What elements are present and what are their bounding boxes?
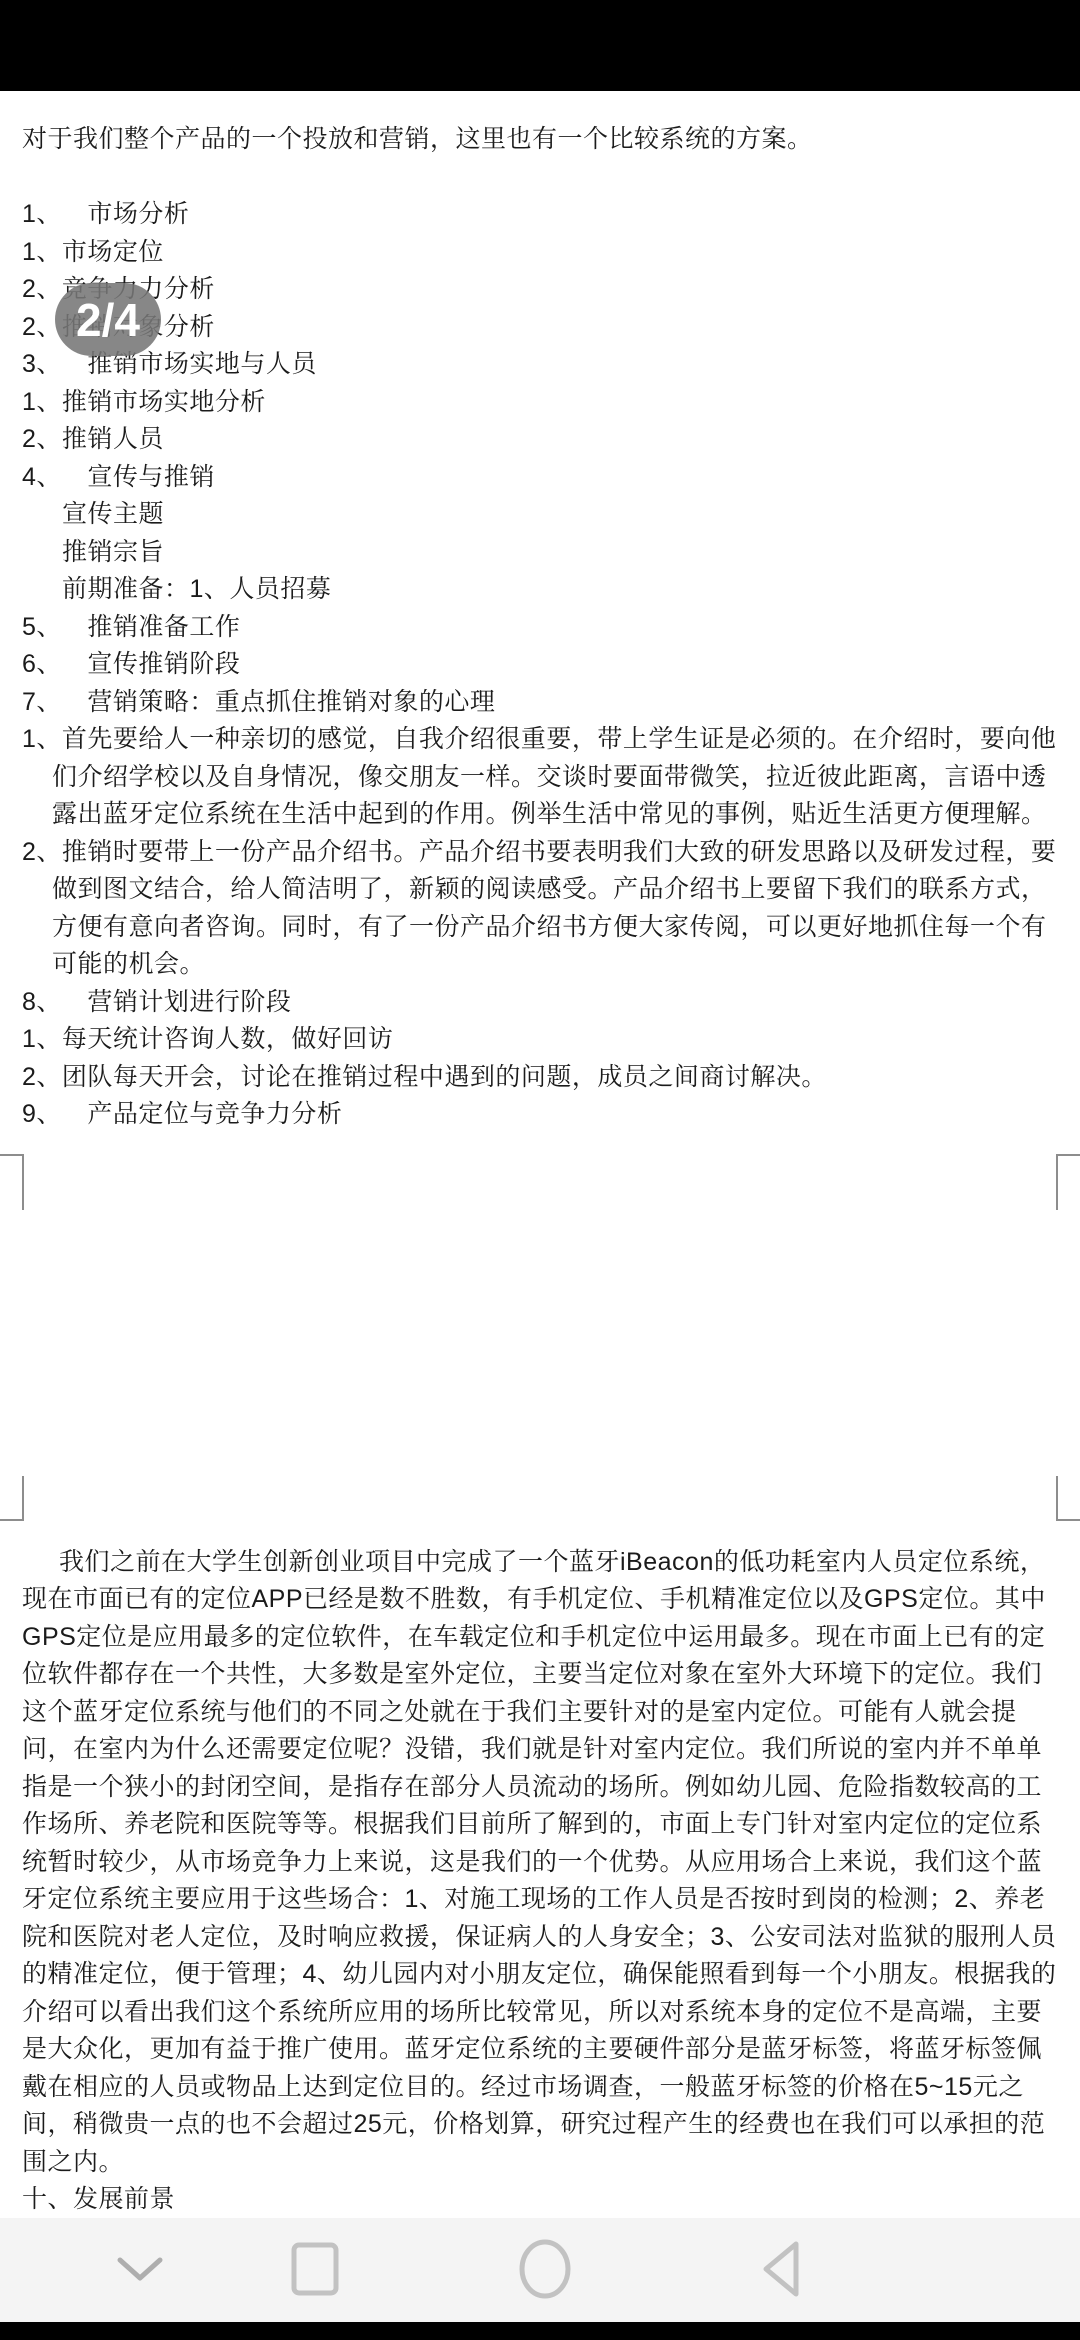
doc-line: 推销宗旨	[22, 534, 1058, 572]
doc-line: 我们之前在大学生创新创业项目中完成了一个蓝牙iBeacon的低功耗室内人员定位系…	[22, 1544, 1058, 2182]
document-page-2: 对于我们整个产品的一个投放和营销，这里也有一个比较系统的方案。1、 市场分析1、…	[22, 121, 1058, 1134]
page-indicator-badge: 2/4	[55, 283, 161, 356]
page-break	[0, 1134, 1080, 1544]
doc-line: 9、 产品定位与竞争力分析	[22, 1096, 1058, 1134]
doc-line: 5、 推销准备工作	[22, 609, 1058, 647]
hide-keyboard-button[interactable]	[112, 2218, 168, 2322]
recents-square-icon	[291, 2242, 339, 2299]
doc-line: 4、 宣传与推销	[22, 459, 1058, 497]
doc-line: 1、首先要给人一种亲切的感觉，自我介绍很重要，带上学生证是必须的。在介绍时，要向…	[22, 721, 1058, 834]
page-indicator-label: 2/4	[76, 293, 140, 347]
status-bar	[0, 0, 1080, 91]
document-content: 对于我们整个产品的一个投放和营销，这里也有一个比较系统的方案。1、 市场分析1、…	[0, 91, 1080, 2218]
page-corner-mark	[1056, 1154, 1080, 1210]
doc-line: 2、团队每天开会，讨论在推销过程中遇到的问题，成员之间商讨解决。	[22, 1059, 1058, 1097]
recents-button[interactable]	[289, 2218, 341, 2322]
page-corner-mark	[0, 1154, 24, 1210]
doc-line: 1、 市场分析	[22, 196, 1058, 234]
doc-line: 2、竞争力力分析	[22, 271, 1058, 309]
bottom-black-strip	[0, 2322, 1080, 2340]
doc-line: 1、市场定位	[22, 234, 1058, 272]
doc-line: 3、 推销市场实地与人员	[22, 346, 1058, 384]
doc-line: 1、推销市场实地分析	[22, 384, 1058, 422]
android-navigation-bar	[0, 2218, 1080, 2322]
doc-line: 十、发展前景	[22, 2181, 1058, 2218]
home-button[interactable]	[518, 2218, 572, 2322]
back-button[interactable]	[757, 2218, 803, 2322]
doc-line: 1、每天统计咨询人数，做好回访	[22, 1021, 1058, 1059]
doc-line: 2、推销时要带上一份产品介绍书。产品介绍书要表明我们大致的研发思路以及研发过程，…	[22, 834, 1058, 984]
doc-line: 前期准备：1、人员招募	[22, 571, 1058, 609]
document-viewport[interactable]: 对于我们整个产品的一个投放和营销，这里也有一个比较系统的方案。1、 市场分析1、…	[0, 91, 1080, 2218]
phone-screen: 对于我们整个产品的一个投放和营销，这里也有一个比较系统的方案。1、 市场分析1、…	[0, 0, 1080, 2340]
doc-line: 7、 营销策略：重点抓住推销对象的心理	[22, 684, 1058, 722]
document-page-3: 我们之前在大学生创新创业项目中完成了一个蓝牙iBeacon的低功耗室内人员定位系…	[22, 1544, 1058, 2219]
doc-line: 6、 宣传推销阶段	[22, 646, 1058, 684]
home-circle-icon	[518, 2238, 572, 2303]
chevron-down-icon	[116, 2254, 164, 2287]
doc-line	[22, 159, 1058, 197]
doc-line: 宣传主题	[22, 496, 1058, 534]
page-corner-mark	[1056, 1476, 1080, 1521]
doc-line: 对于我们整个产品的一个投放和营销，这里也有一个比较系统的方案。	[22, 121, 1058, 159]
doc-line: 2、推销人员	[22, 421, 1058, 459]
page-corner-mark	[0, 1476, 24, 1521]
back-triangle-icon	[758, 2238, 802, 2303]
doc-line: 2、推销对象分析	[22, 309, 1058, 347]
doc-line: 8、 营销计划进行阶段	[22, 984, 1058, 1022]
